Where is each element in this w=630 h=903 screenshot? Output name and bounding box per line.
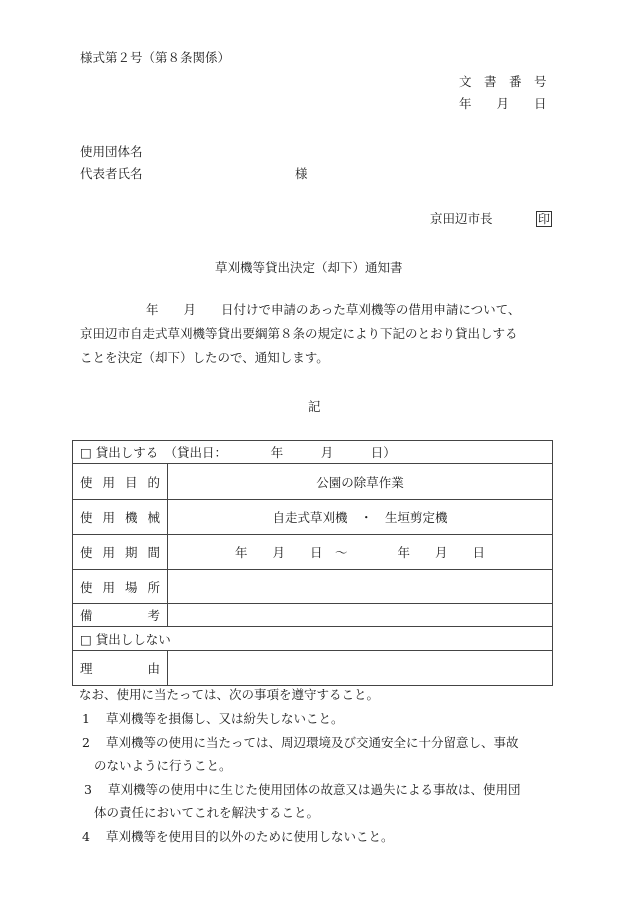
note-4-text: 草刈機等を使用目的以外のために使用しないこと。: [106, 831, 394, 844]
ki-mark: 記: [308, 401, 321, 414]
note-3-continued: 体の責任においてこれを解決すること。: [94, 807, 319, 820]
honorific: 様: [295, 168, 308, 181]
purpose-label: 使用目的: [73, 464, 168, 500]
note-2-continued: のないように行うこと。: [94, 760, 232, 773]
location-value[interactable]: [168, 570, 553, 604]
reason-value[interactable]: [168, 651, 553, 686]
purpose-value[interactable]: 公園の除草作業: [168, 464, 553, 500]
notes-intro: なお、使用に当たっては、次の事項を遵守すること。: [79, 689, 379, 702]
note-4-number: 4: [82, 831, 90, 844]
remarks-value[interactable]: [168, 604, 553, 627]
location-label: 使用場所: [73, 570, 168, 604]
body-line-1: 年 月 日付けで申請のあった草刈機等の借用申請について、: [146, 304, 520, 317]
note-1-number: 1: [82, 713, 90, 726]
machine-label: 使用機械: [73, 500, 168, 535]
document-title: 草刈機等貸出決定（却下）通知書: [215, 262, 403, 275]
date-label: 年 月 日: [459, 98, 547, 111]
form-number: 様式第２号（第８条関係）: [80, 52, 230, 65]
body-line-3: ことを決定（却下）したので、通知します。: [80, 352, 329, 365]
note-3-text: 草刈機等の使用中に生じた使用団体の故意又は過失による事故は、使用団: [108, 784, 521, 797]
lending-table: □ 貸出しする （貸出日： 年 月 日） 使用目的 公園の除草作業 使用機械 自…: [72, 440, 553, 686]
representative-label: 代表者氏名: [80, 168, 143, 181]
note-1-text: 草刈機等を損傷し、又は紛失しないこと。: [106, 713, 344, 726]
no-lend-checkbox-row[interactable]: □ 貸出ししない: [73, 627, 553, 651]
body-line-2: 京田辺市自走式草刈機等貸出要綱第８条の規定により下記のとおり貸出しする: [80, 328, 518, 341]
reason-label: 理由: [73, 651, 168, 686]
period-label: 使用期間: [73, 535, 168, 570]
note-2-text: 草刈機等の使用に当たっては、周辺環境及び交通安全に十分留意し、事故: [106, 737, 519, 750]
lend-checkbox-row[interactable]: □ 貸出しする （貸出日： 年 月 日）: [73, 441, 553, 464]
machine-value[interactable]: 自走式草刈機 ・ 生垣剪定機: [168, 500, 553, 535]
remarks-label: 備考: [73, 604, 168, 627]
issuer-name: 京田辺市長: [430, 213, 493, 226]
note-3-number: 3: [84, 784, 92, 797]
note-2-number: 2: [82, 737, 90, 750]
seal-mark: 印: [536, 211, 552, 227]
organization-label: 使用団体名: [80, 146, 143, 159]
period-value[interactable]: 年 月 日 ～ 年 月 日: [168, 535, 553, 570]
document-number-label: 文 書 番 号: [459, 76, 547, 89]
